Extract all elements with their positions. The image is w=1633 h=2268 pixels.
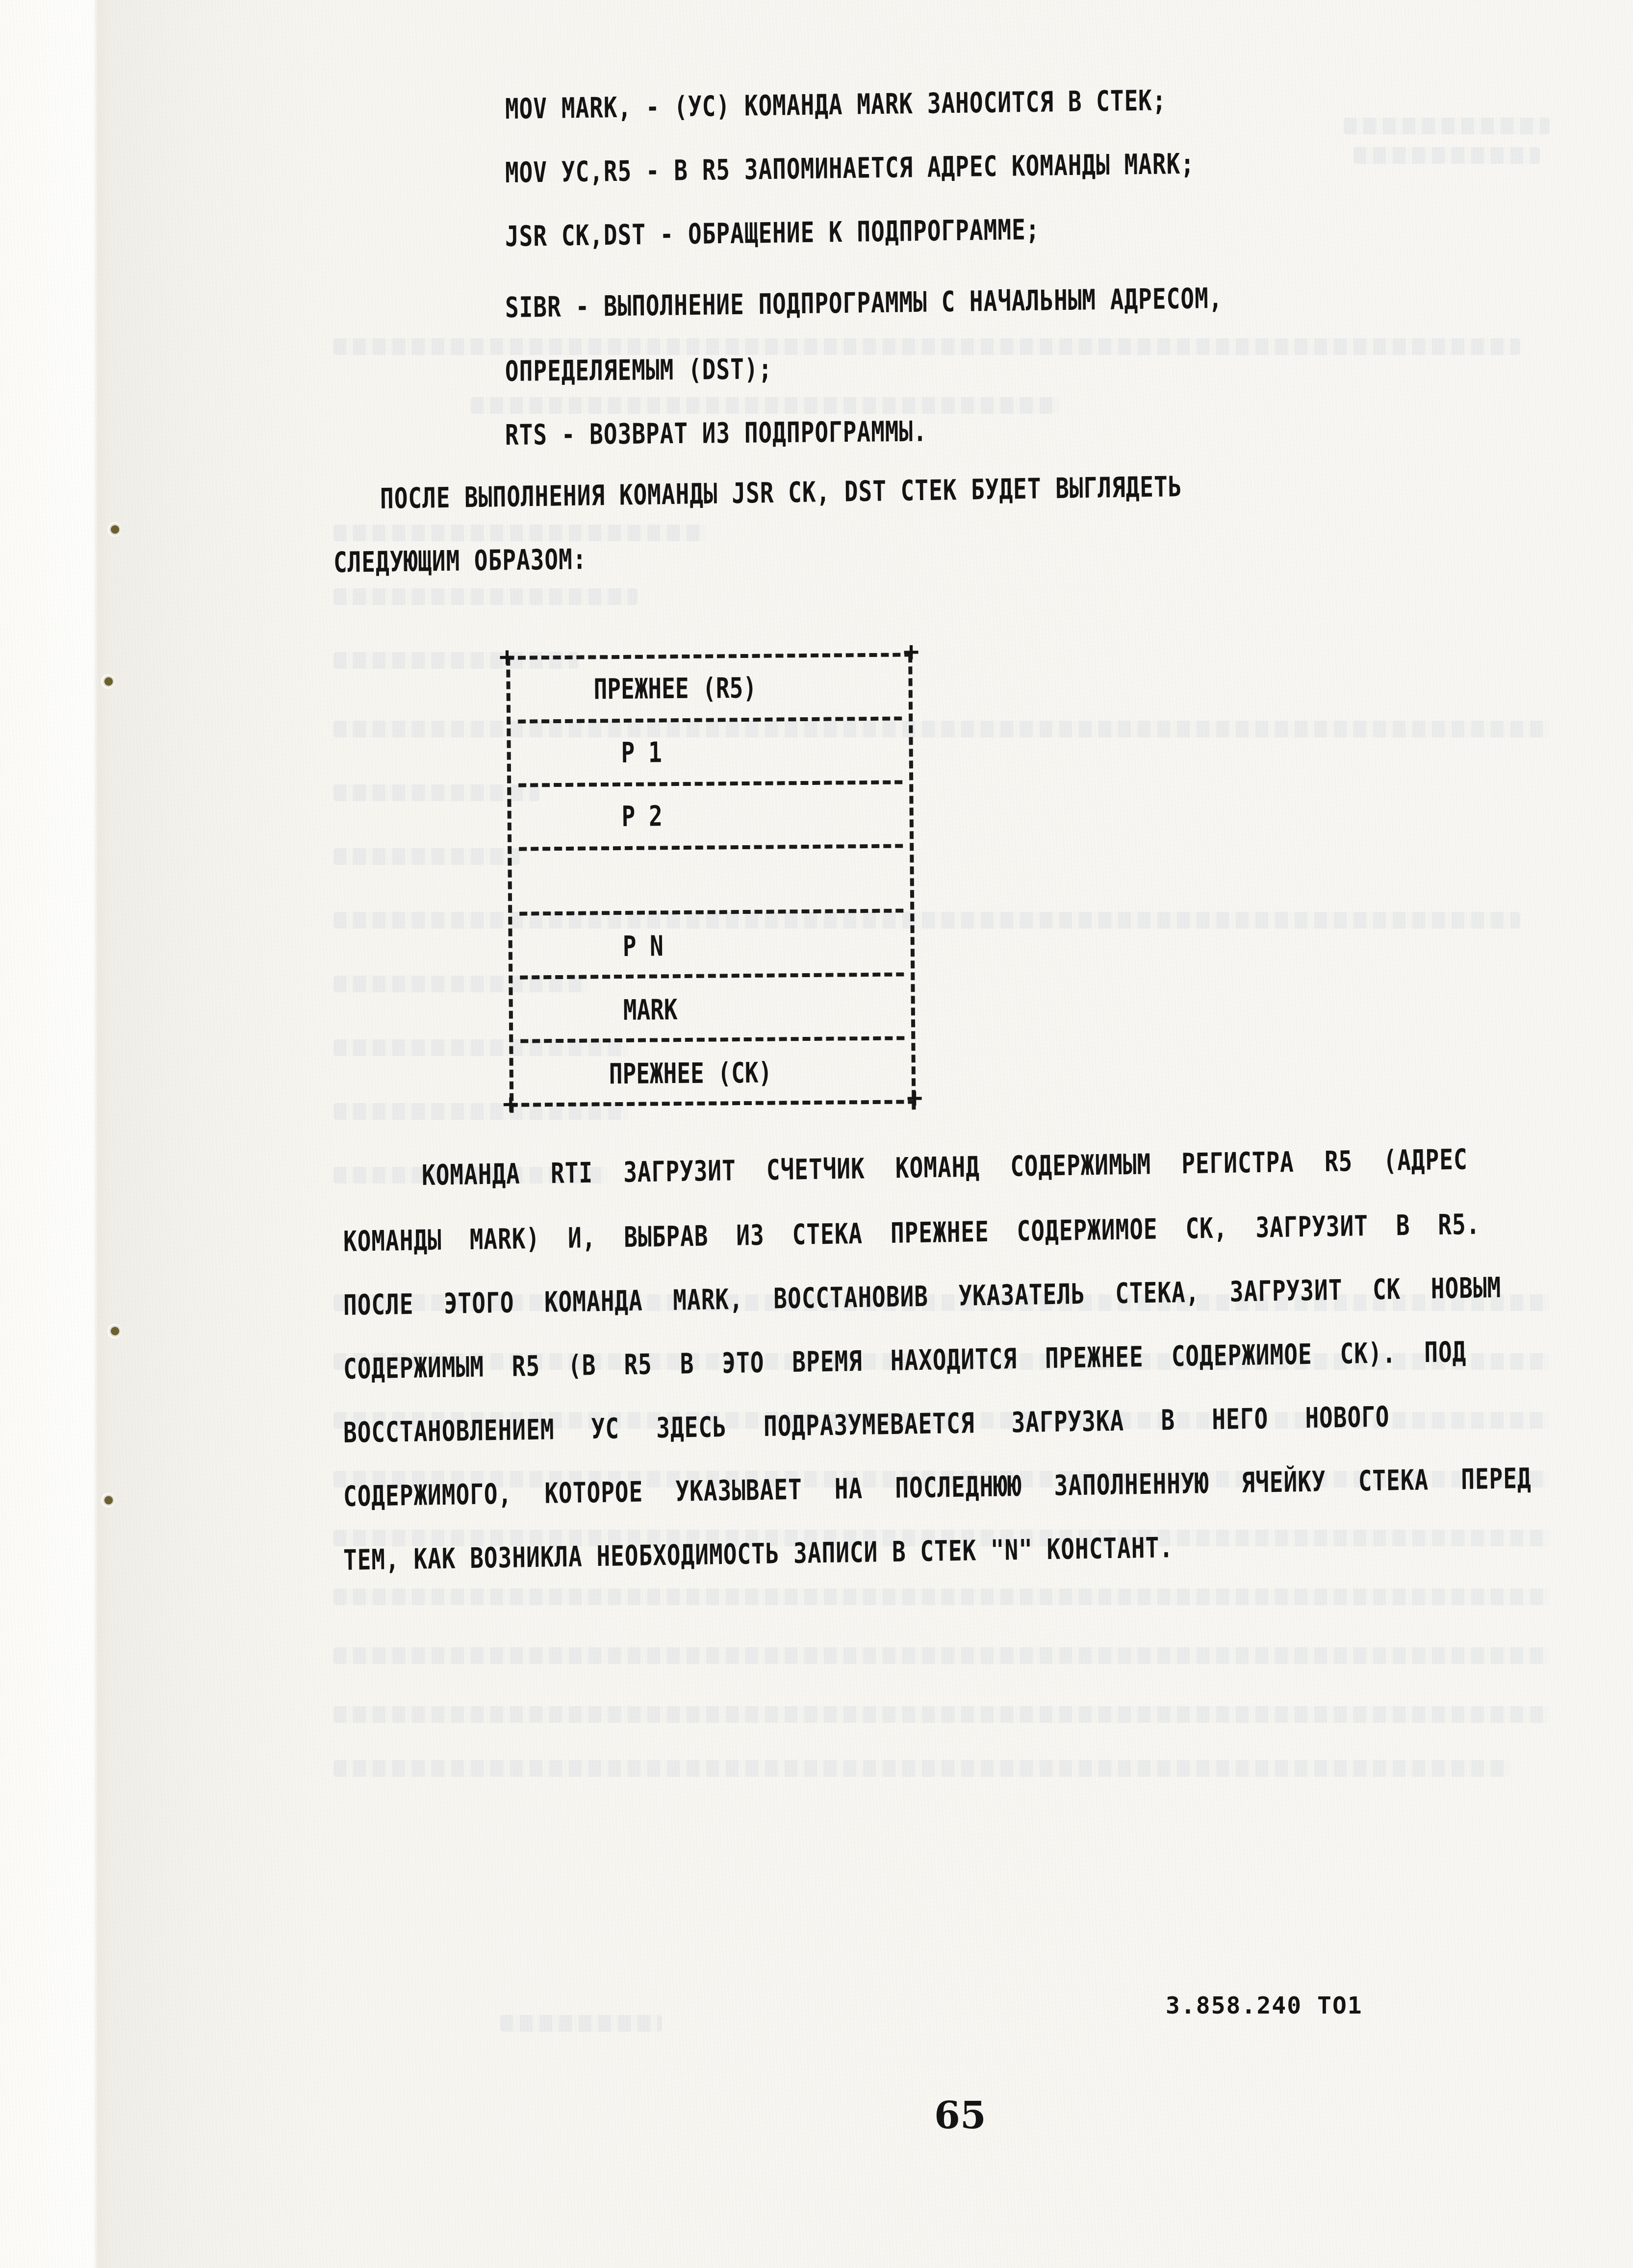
listing-text: ОБРАЩЕНИЕ К ПОДПРОГРАММЕ; bbox=[688, 213, 1040, 251]
paragraph-line: ТЕМ, КАК ВОЗНИКЛА НЕОБХОДИМОСТЬ ЗАПИСИ В… bbox=[343, 1531, 1174, 1576]
listing-text: В R5 ЗАПОМИНАЕТСЯ АДРЕС КОМАНДЫ MARK; bbox=[674, 147, 1195, 187]
punch-hole bbox=[101, 674, 115, 689]
listing-text: ВОЗВРАТ ИЗ ПОДПРОГРАММЫ. bbox=[589, 415, 927, 451]
paragraph-line: КОМАНДЫ MARK) И, ВЫБРАВ ИЗ СТЕКА ПРЕЖНЕЕ… bbox=[343, 1208, 1480, 1258]
stack-cell-prev-ck: ПРЕЖНЕЕ (CK) bbox=[609, 1056, 772, 1090]
stack-diagram: + + + + ПРЕЖНЕЕ (R5) P 1 P 2 P N MARK ПР… bbox=[495, 644, 916, 1113]
intro-line: СЛЕДУЮЩИМ ОБРАЗОМ: bbox=[333, 542, 587, 579]
listing-line: MOV УС,R5 - В R5 ЗАПОМИНАЕТСЯ АДРЕС КОМА… bbox=[505, 147, 1195, 189]
listing-line: ОПРЕДЕЛЯЕМЫМ (DST); bbox=[505, 352, 773, 387]
stack-cell-p1: P 1 bbox=[621, 736, 662, 769]
corner-plus: + bbox=[497, 647, 517, 667]
corner-plus: + bbox=[901, 642, 921, 661]
paper-texture bbox=[0, 0, 1633, 2268]
intro-line: ПОСЛЕ ВЫПОЛНЕНИЯ КОМАНДЫ JSR CK, DST СТЕ… bbox=[380, 470, 1182, 515]
listing-code: JSR CK,DST - bbox=[505, 218, 674, 253]
listing-text: ВЫПОЛНЕНИЕ ПОДПРОГРАММЫ С НАЧАЛЬНЫМ АДРЕ… bbox=[604, 281, 1223, 323]
listing-text: ОПРЕДЕЛЯЕМЫМ (DST); bbox=[505, 352, 773, 387]
stack-cell-pn: P N bbox=[623, 930, 664, 963]
listing-code: MOV УС,R5 - bbox=[505, 154, 660, 189]
corner-plus: + bbox=[501, 1094, 520, 1114]
listing-line: RTS - ВОЗВРАТ ИЗ ПОДПРОГРАММЫ. bbox=[505, 415, 927, 452]
stack-cell-mark: MARK bbox=[623, 993, 678, 1026]
document-number: 3.858.240 ТО1 bbox=[1166, 1992, 1363, 2019]
listing-code: RTS - bbox=[505, 418, 576, 452]
punch-hole bbox=[107, 1324, 122, 1338]
corner-plus: + bbox=[905, 1088, 924, 1108]
page-number: 65 bbox=[934, 2093, 986, 2137]
listing-line: MOV MARK, - (УС) КОМАНДА MARK ЗАНОСИТСЯ … bbox=[505, 84, 1167, 126]
listing-code: SIBR - bbox=[505, 290, 590, 324]
stack-cell-p2: P 2 bbox=[621, 800, 663, 833]
punch-hole bbox=[101, 1493, 115, 1508]
paragraph-line: СОДЕРЖИМОГО, КОТОРОЕ УКАЗЫВАЕТ НА ПОСЛЕД… bbox=[343, 1462, 1531, 1512]
punch-hole bbox=[107, 522, 122, 537]
stack-cell-prev-r5: ПРЕЖНЕЕ (R5) bbox=[593, 671, 757, 706]
listing-text: КОМАНДА MARK ЗАНОСИТСЯ В СТЕК; bbox=[744, 84, 1167, 123]
listing-code: MOV MARK, - (УС) bbox=[505, 89, 731, 126]
stack-frame bbox=[506, 655, 916, 1112]
document-page: MOV MARK, - (УС) КОМАНДА MARK ЗАНОСИТСЯ … bbox=[0, 0, 1633, 2268]
paragraph-line: ВОССТАНОВЛЕНИЕМ УС ЗДЕСЬ ПОДРАЗУМЕВАЕТСЯ… bbox=[343, 1400, 1390, 1449]
listing-line: JSR CK,DST - ОБРАЩЕНИЕ К ПОДПРОГРАММЕ; bbox=[505, 213, 1040, 253]
listing-line: SIBR - ВЫПОЛНЕНИЕ ПОДПРОГРАММЫ С НАЧАЛЬН… bbox=[505, 281, 1223, 324]
paragraph-line: КОМАНДА RTI ЗАГРУЗИТ СЧЕТЧИК КОМАНД СОДЕ… bbox=[422, 1143, 1468, 1192]
paragraph-line: ПОСЛЕ ЭТОГО КОМАНДА MARK, ВОССТАНОВИВ УК… bbox=[343, 1271, 1502, 1322]
paragraph-line: СОДЕРЖИМЫМ R5 (В R5 В ЭТО ВРЕМЯ НАХОДИТС… bbox=[343, 1335, 1467, 1385]
